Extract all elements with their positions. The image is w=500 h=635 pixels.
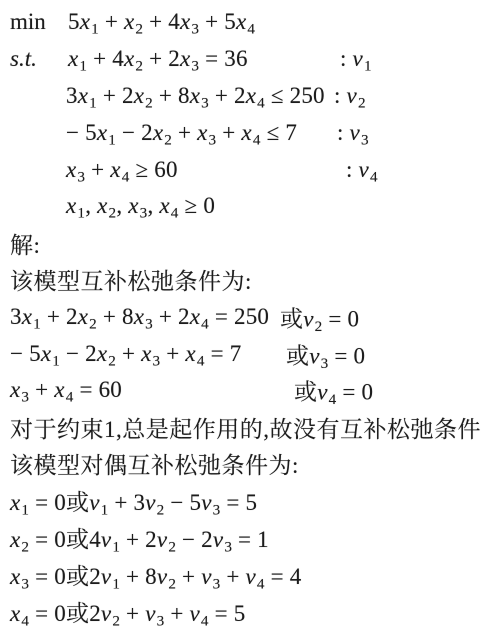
dual-cs-formula: x1 = 0或v1 + 3v2 − 5v3 = 5: [10, 484, 257, 517]
constraint-formula: 3x1 + 2x2 + 8x3 + 2x4 ≤ 250: [66, 83, 325, 109]
constraint-formula: x1 + 4x2 + 2x3 = 36: [68, 46, 248, 72]
or-clause: 或v3 = 0: [286, 337, 365, 370]
solve-label: 解:: [10, 227, 40, 260]
dual-variable-label: : v2: [334, 83, 366, 109]
dual-cs-row: x1 = 0或v1 + 3v2 − 5v3 = 5: [10, 482, 494, 519]
constraint-formula: − 5x1 − 2x2 + x3 + x4 ≤ 7: [66, 120, 297, 146]
primal-cs-title-row: 该模型互补松弛条件为:: [10, 262, 494, 299]
or-clause: 或v2 = 0: [280, 300, 359, 333]
objective-formula: 5x1 + x2 + 4x3 + 5x4: [68, 9, 255, 35]
primal-cs-title: 该模型互补松弛条件为:: [10, 263, 252, 296]
constraint-formula: x3 + x4 ≥ 60: [66, 157, 178, 183]
constraint-row: − 5x1 − 2x2 + x3 + x4 ≤ 7 : v3: [10, 114, 494, 151]
dual-variable-label: : v4: [346, 157, 378, 183]
dual-cs-formula: x2 = 0或4v1 + 2v2 − 2v3 = 1: [10, 521, 269, 554]
dual-cs-formula: x4 = 0或2v2 + v3 + v4 = 5: [10, 595, 245, 628]
primal-cs-formula: − 5x1 − 2x2 + x3 + x4 = 7: [10, 341, 241, 367]
or-clause: 或v4 = 0: [294, 374, 373, 407]
dual-cs-formula: x3 = 0或2v1 + 8v2 + v3 + v4 = 4: [10, 558, 301, 591]
primal-cs-row: 3x1 + 2x2 + 8x3 + 2x4 = 250 或v2 = 0: [10, 298, 494, 335]
constraint-row: 3x1 + 2x2 + 8x3 + 2x4 ≤ 250 : v2: [10, 78, 494, 115]
dual-variable-label: : v1: [340, 46, 372, 72]
nonnegativity-formula: x1, x2, x3, x4 ≥ 0: [66, 193, 215, 219]
primal-cs-row: x3 + x4 = 60 或v4 = 0: [10, 372, 494, 409]
solve-label-row: 解:: [10, 225, 494, 262]
constraint-row: x3 + x4 ≥ 60 : v4: [10, 151, 494, 188]
dual-variable-label: : v3: [337, 120, 369, 146]
primal-cs-row: − 5x1 − 2x2 + x3 + x4 = 7 或v3 = 0: [10, 335, 494, 372]
min-label: min: [10, 9, 68, 35]
dual-cs-title: 该模型对偶互补松弛条件为:: [10, 447, 299, 480]
dual-cs-row: x4 = 0或2v2 + v3 + v4 = 5: [10, 593, 494, 630]
primal-cs-formula: x3 + x4 = 60: [10, 377, 122, 403]
dual-cs-title-row: 该模型对偶互补松弛条件为:: [10, 446, 494, 483]
primal-cs-formula: 3x1 + 2x2 + 8x3 + 2x4 = 250: [10, 304, 269, 330]
subject-to-label: s.t.: [10, 46, 68, 72]
dual-cs-row: x2 = 0或4v1 + 2v2 − 2v3 = 1: [10, 519, 494, 556]
objective-row: min 5x1 + x2 + 4x3 + 5x4: [10, 4, 494, 41]
nonnegativity-row: x1, x2, x3, x4 ≥ 0: [10, 188, 494, 225]
constraint1-note-row: 对于约束1,总是起作用的,故没有互补松弛条件: [10, 409, 494, 446]
math-document: min 5x1 + x2 + 4x3 + 5x4 s.t. x1 + 4x2 +…: [0, 0, 500, 635]
constraint1-note: 对于约束1,总是起作用的,故没有互补松弛条件: [10, 411, 481, 444]
dual-cs-row: x3 = 0或2v1 + 8v2 + v3 + v4 = 4: [10, 556, 494, 593]
constraint-row: s.t. x1 + 4x2 + 2x3 = 36 : v1: [10, 41, 494, 78]
